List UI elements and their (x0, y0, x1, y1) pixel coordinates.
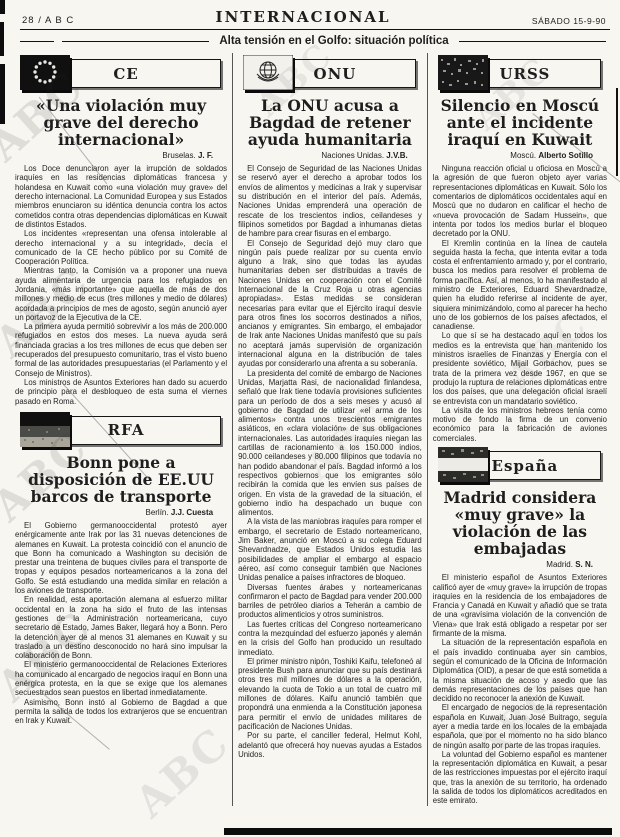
topic-dash (459, 41, 606, 42)
paragraph: El Consejo de Seguridad de las Naciones … (238, 164, 422, 238)
topic-title: Alta tensión en el Golfo: situación polí… (209, 35, 458, 47)
ussr-flag-icon (438, 55, 488, 90)
scan-edge-mark (616, 88, 618, 176)
paragraph: El ministerio español de Asuntos Exterio… (433, 573, 607, 638)
ce-byline-author: J. F. (198, 151, 213, 160)
page-number: 28 / A B C (22, 15, 74, 26)
rfa-byline-city: Berlín. (145, 508, 168, 517)
rfa-byline: Berlín. J.J. Cuesta (15, 508, 227, 517)
ce-body: Los Doce denunciaron ayer la irrupción d… (15, 164, 227, 406)
page-header: 28 / A B C INTERNACIONAL SÁBADO 15-9-90 (0, 0, 620, 29)
paragraph: La situación de la representación españo… (433, 638, 607, 703)
ce-tag-label: CE (113, 65, 138, 83)
paragraph: La presidenta del comité de embargo de N… (238, 369, 422, 518)
newspaper-page: ABC ABC ABC ABC ABC ABC ABC ABC ABC ABC … (0, 0, 620, 837)
ce-byline: Bruselas. J. F. (15, 151, 227, 160)
paragraph: Diversas fuentes árabes y norteamericana… (238, 583, 422, 620)
column-left: CE «Una violación muy grave del derecho … (10, 53, 232, 806)
paragraph: Las fuertes críticas del Congreso nortea… (238, 620, 422, 657)
ce-byline-city: Bruselas. (162, 151, 195, 160)
paragraph: A la vista de las maniobras iraquíes par… (238, 517, 422, 582)
column-right: URSS Silencio en Moscú ante el incidente… (428, 53, 612, 806)
onu-tag-box: ONU (254, 59, 416, 88)
paragraph: El primer ministro nipón, Toshiki Kaifu,… (238, 657, 422, 731)
espana-byline: Madrid. S. N. (433, 560, 607, 569)
espana-headline: Madrid considera «muy grave» la violació… (433, 489, 607, 557)
paragraph: El encargado de negocios de la represent… (433, 703, 607, 749)
article-onu: ONU La ONU acusa a Bagdad de retener ayu… (238, 59, 422, 759)
rfa-tag-box: RFA (31, 416, 221, 445)
onu-byline-city: Naciones Unidas. (321, 151, 384, 160)
espana-tag-box: España (449, 451, 601, 480)
un-emblem-icon (243, 55, 293, 90)
espana-byline-author: S. N. (575, 560, 593, 569)
rfa-tag-label: RFA (108, 421, 145, 439)
article-rfa: RFA Bonn pone a disposición de EE.UU bar… (15, 416, 227, 726)
onu-byline-author: J.V.B. (386, 151, 408, 160)
espana-body: El ministerio español de Asuntos Exterio… (433, 573, 607, 805)
header-rule (20, 29, 610, 30)
urss-tag-box: URSS (449, 59, 601, 88)
onu-byline: Naciones Unidas. J.V.B. (238, 151, 422, 160)
paragraph: El ministerio germanooccidental de Relac… (15, 660, 227, 697)
scan-edge-mark (0, 22, 4, 56)
rfa-headline: Bonn pone a disposición de EE.UU barcos … (15, 454, 227, 505)
topic-dash (20, 41, 54, 42)
scan-edge-mark (0, 0, 5, 14)
paragraph: Los Doce denunciaron ayer la irrupción d… (15, 164, 227, 229)
urss-byline-city: Moscú. (510, 151, 536, 160)
paragraph: Por su parte, el canciller federal, Helm… (238, 731, 422, 759)
paragraph: Ninguna reacción oficial u oficiosa en M… (433, 164, 607, 238)
paragraph: La visita de los ministros hebreos tenía… (433, 406, 607, 443)
urss-byline: Moscú. Alberto Sotillo (433, 151, 607, 160)
bottom-rule-bar (224, 828, 612, 835)
ce-tag-box: CE (31, 59, 221, 88)
article-urss: URSS Silencio en Moscú ante el incidente… (433, 59, 607, 443)
paragraph: Asimismo, Bonn instó al Gobierno de Bagd… (15, 698, 227, 726)
ce-headline: «Una violación muy grave del derecho int… (15, 97, 227, 148)
espana-byline-city: Madrid. (546, 560, 573, 569)
onu-tag-label: ONU (314, 65, 357, 83)
eu-flag-icon (20, 55, 70, 90)
urss-headline: Silencio en Moscú ante el incidente iraq… (433, 97, 607, 148)
paragraph: El Consejo de Seguridad dejó muy claro q… (238, 239, 422, 369)
paragraph: Los ministros de Asuntos Exteriores han … (15, 378, 227, 406)
paragraph: La voluntad del Gobierno español es mant… (433, 750, 607, 806)
paragraph: En realidad, esta aportación alemana al … (15, 595, 227, 660)
paragraph: El Kremlin continúa en la línea de caute… (433, 239, 607, 332)
rfa-byline-author: J.J. Cuesta (171, 508, 213, 517)
rfa-body: El Gobierno germanooccidental protestó a… (15, 521, 227, 726)
topic-dash (62, 41, 209, 42)
onu-headline: La ONU acusa a Bagdad de retener ayuda h… (238, 97, 422, 148)
onu-body: El Consejo de Seguridad de las Naciones … (238, 164, 422, 759)
espana-tag-label: España (492, 457, 559, 475)
germany-flag-icon (20, 412, 70, 447)
article-ce: CE «Una violación muy grave del derecho … (15, 59, 227, 406)
column-middle: ONU La ONU acusa a Bagdad de retener ayu… (232, 53, 428, 806)
paragraph: El Gobierno germanooccidental protestó a… (15, 521, 227, 595)
spain-flag-icon (438, 447, 488, 482)
scan-edge-mark (0, 64, 5, 124)
page-date: SÁBADO 15-9-90 (532, 16, 606, 26)
paragraph: Los incidentes «representan una ofensa i… (15, 229, 227, 266)
urss-tag-label: URSS (499, 65, 550, 83)
urss-body: Ninguna reacción oficial u oficiosa en M… (433, 164, 607, 443)
column-layout: CE «Una violación muy grave del derecho … (0, 51, 620, 806)
section-title: INTERNACIONAL (216, 8, 391, 26)
paragraph: Mientras tanto, la Comisión va a propone… (15, 266, 227, 322)
paragraph: Lo que sí se ha destacado aquí en todos … (433, 331, 607, 405)
article-espana: España Madrid considera «muy grave» la v… (433, 451, 607, 806)
topic-header: Alta tensión en el Golfo: situación polí… (20, 35, 606, 47)
paragraph: La primera ayuda permitió sobrevivir a l… (15, 322, 227, 378)
urss-byline-author: Alberto Sotillo (538, 151, 593, 160)
